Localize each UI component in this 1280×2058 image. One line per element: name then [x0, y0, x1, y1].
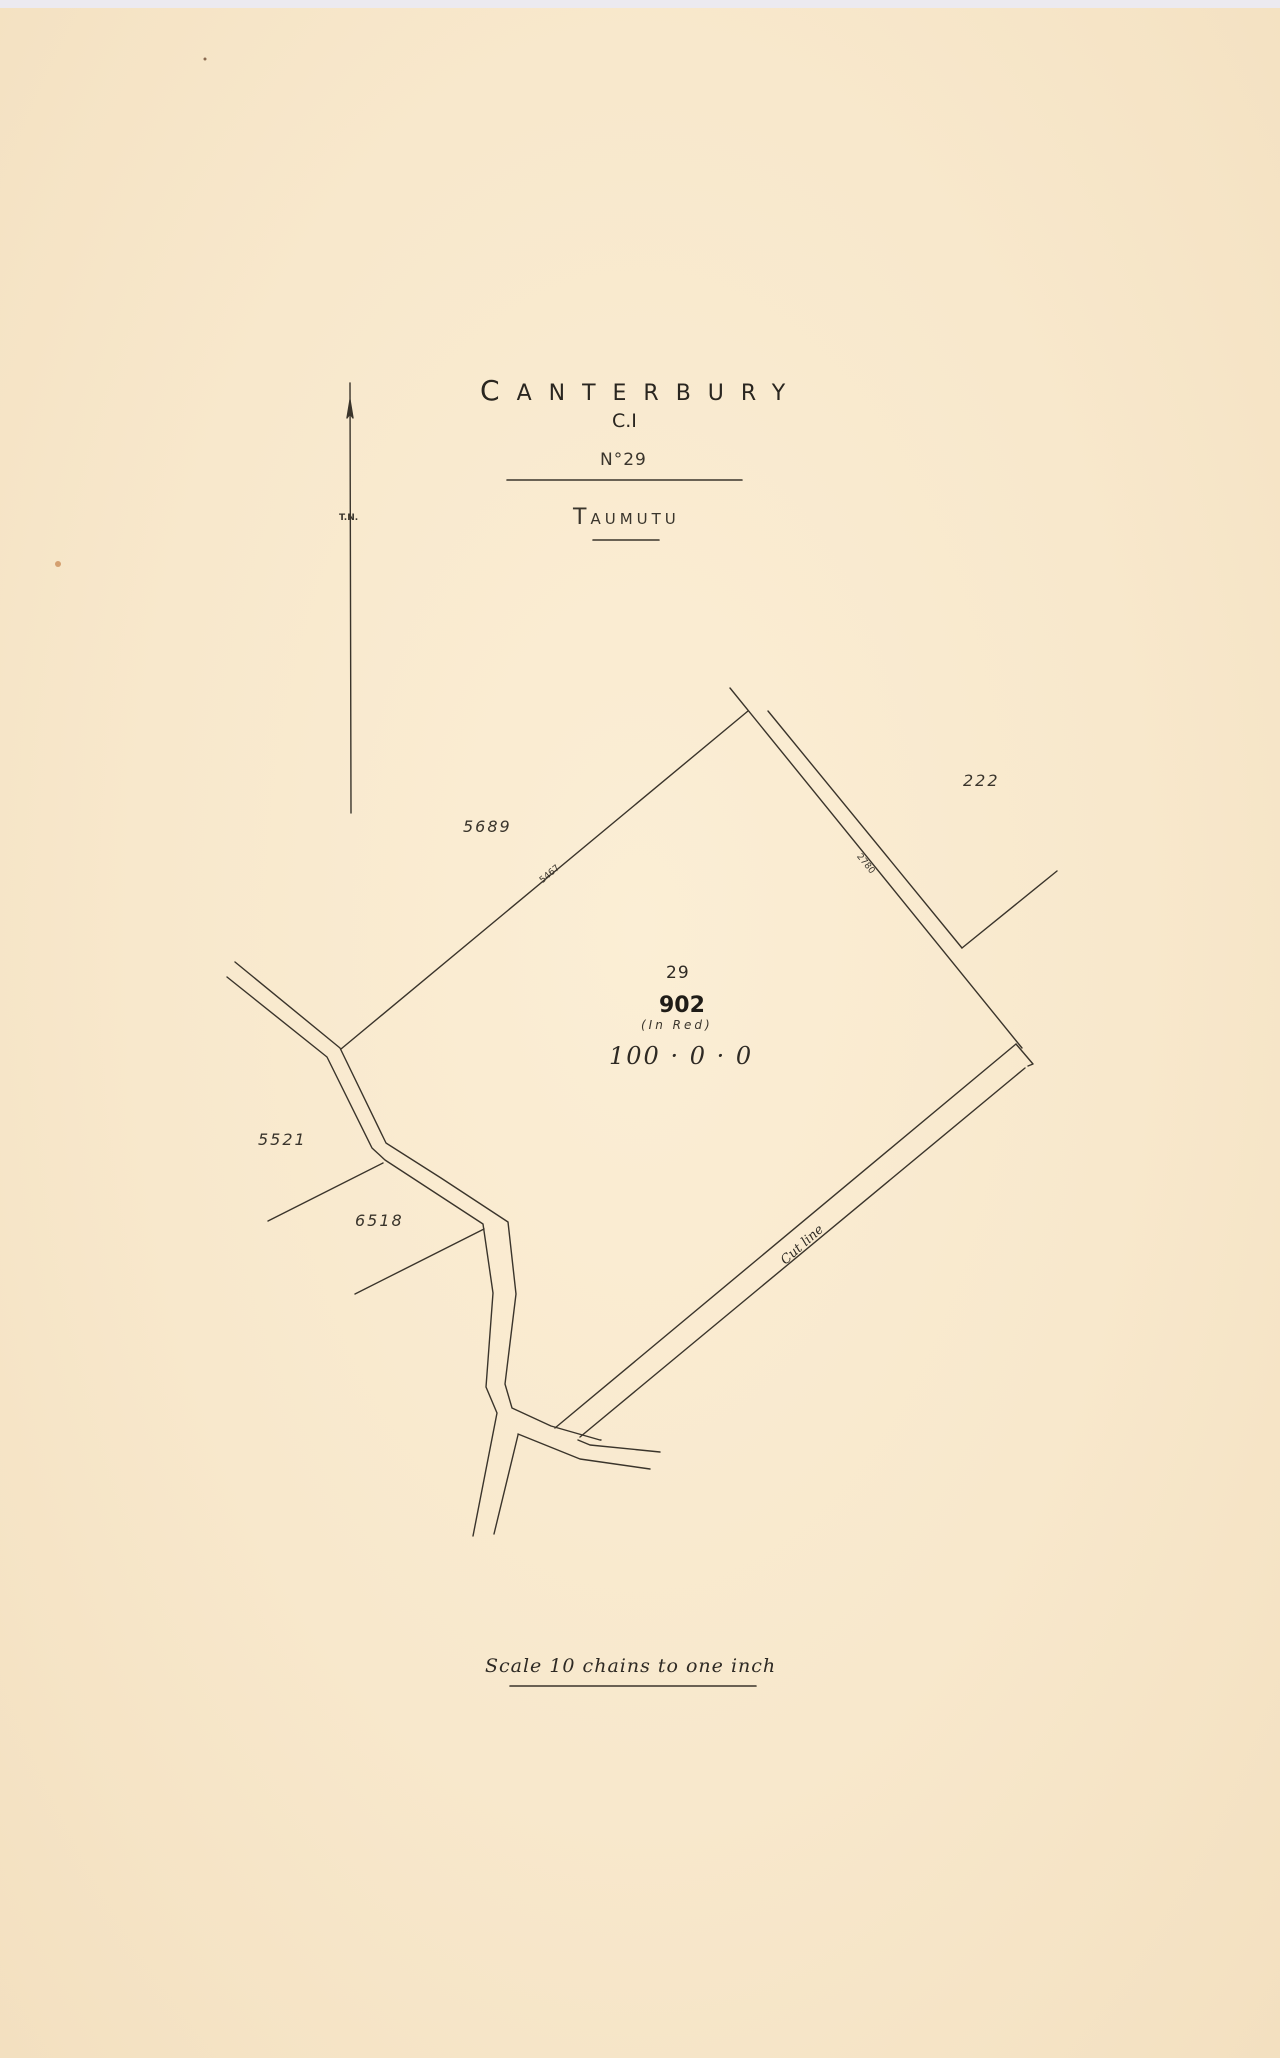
parcel-number: 902 — [659, 993, 705, 1018]
west-road-right-edge — [235, 962, 601, 1440]
parcel-222-edge — [962, 871, 1057, 948]
east-road-line — [768, 711, 962, 948]
parcel-222-label: 222 — [963, 771, 1000, 790]
parcel-6518-boundary — [355, 1229, 484, 1294]
west-road-left-edge — [227, 977, 497, 1536]
scale-statement: Scale 10 chains to one inch — [485, 1655, 776, 1677]
paper-spot — [204, 58, 207, 61]
parcel-5521-label: 5521 — [258, 1130, 307, 1149]
east-branch-upper-edge — [578, 1440, 660, 1452]
northeast-boundary — [730, 688, 1022, 1048]
true-north-label: T.N. — [339, 513, 358, 523]
paper-spot — [55, 561, 61, 567]
district-initial: C — [480, 374, 517, 407]
cut-line-north — [555, 1044, 1016, 1428]
parcel-note: (In Red) — [641, 1018, 713, 1032]
parcel-area: 100 · 0 · 0 — [609, 1042, 753, 1070]
block-code: C.I — [612, 410, 637, 432]
locality-title: TAUMUTU — [573, 505, 680, 530]
district-title: CANTERBURY — [480, 374, 802, 407]
parcel-5689-label: 5689 — [463, 817, 512, 836]
southeast-corner — [1016, 1044, 1033, 1066]
east-branch-lower-edge — [518, 1434, 650, 1469]
section-number: 29 — [666, 963, 690, 983]
north-arrow-icon — [347, 383, 353, 813]
south-road-right-edge — [494, 1435, 518, 1534]
locality-rest: AUMUTU — [590, 510, 679, 528]
survey-plan-drawing — [0, 0, 1280, 2058]
district-rest: ANTERBURY — [517, 381, 803, 406]
plan-number: N°29 — [600, 450, 647, 470]
parcel-6518-label: 6518 — [355, 1211, 404, 1230]
locality-initial: T — [573, 505, 590, 530]
